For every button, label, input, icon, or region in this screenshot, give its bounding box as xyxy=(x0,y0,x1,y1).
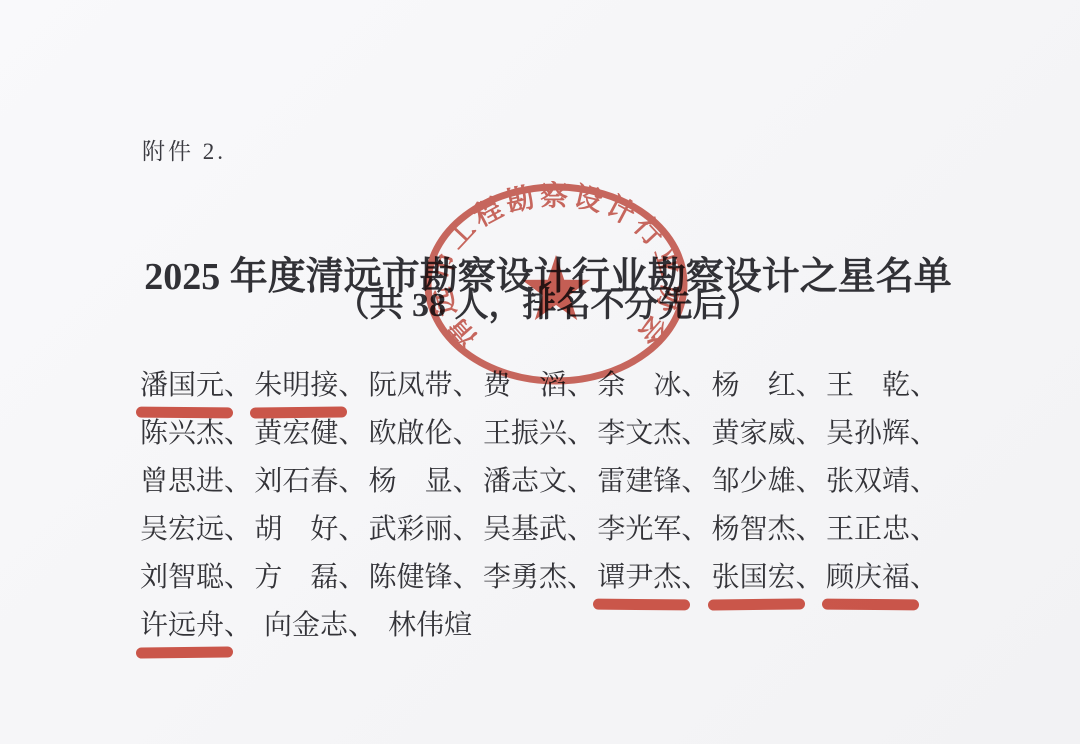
person-name: 邹少雄、 xyxy=(712,462,824,502)
person-name: 谭尹杰、 xyxy=(597,558,709,598)
person-name: 胡 好、 xyxy=(254,510,366,550)
person-name-text: 李勇杰 xyxy=(483,558,567,598)
name-separator: 、 xyxy=(224,466,252,497)
name-separator: 、 xyxy=(681,370,709,401)
person-name-text: 潘志文 xyxy=(483,462,567,502)
name-separator: 、 xyxy=(796,514,824,545)
person-name-text: 王 乾 xyxy=(826,366,910,406)
person-name: 陈健锋、 xyxy=(369,558,481,598)
name-separator: 、 xyxy=(681,466,709,497)
person-name: 林伟煊 xyxy=(388,606,472,646)
person-name: 吴基武、 xyxy=(483,510,595,550)
person-name-text: 王正忠 xyxy=(826,510,910,550)
person-name-text: 李光军 xyxy=(597,510,681,550)
person-name-text-underlined: 顾庆福 xyxy=(826,558,910,598)
person-name-text: 阮凤带 xyxy=(369,366,453,406)
person-name: 黄家威、 xyxy=(712,414,824,454)
person-name: 雷建锋、 xyxy=(597,462,709,502)
person-name: 杨智杰、 xyxy=(712,510,824,550)
person-name-text: 余 冰 xyxy=(597,366,681,406)
name-separator: 、 xyxy=(567,418,595,449)
person-name-text: 武彩丽 xyxy=(369,510,453,550)
scanned-document: 附件 2. 2025 年度清远市勘察设计行业勘察设计之星名单 （共 38 人，排… xyxy=(0,0,1080,744)
person-name: 许远舟、 xyxy=(140,606,252,646)
person-name: 王正忠、 xyxy=(826,510,938,550)
person-name: 杨 红、 xyxy=(712,366,824,406)
person-name: 朱明接、 xyxy=(254,366,366,406)
person-name: 李光军、 xyxy=(597,510,709,550)
name-separator: 、 xyxy=(338,562,366,593)
person-name: 吴宏远、 xyxy=(140,510,252,550)
name-separator: 、 xyxy=(348,610,376,641)
person-name: 阮凤带、 xyxy=(369,366,481,406)
name-list: 潘国元、朱明接、阮凤带、费 滔、余 冰、杨 红、王 乾、陈兴杰、黄宏健、欧啟伦、… xyxy=(140,366,938,654)
name-separator: 、 xyxy=(453,514,481,545)
name-separator: 、 xyxy=(453,418,481,449)
person-name-text-underlined: 朱明接 xyxy=(254,366,338,406)
person-name: 吴孙辉、 xyxy=(826,414,938,454)
person-name-text: 刘石春 xyxy=(254,462,338,502)
person-name-text: 王振兴 xyxy=(483,414,567,454)
person-name-text: 林伟煊 xyxy=(388,606,472,646)
name-separator: 、 xyxy=(224,610,252,641)
person-name-text: 杨 红 xyxy=(712,366,796,406)
name-separator: 、 xyxy=(453,466,481,497)
person-name-text: 向金志 xyxy=(264,606,348,646)
name-separator: 、 xyxy=(681,562,709,593)
name-separator: 、 xyxy=(224,562,252,593)
person-name: 刘石春、 xyxy=(254,462,366,502)
name-separator: 、 xyxy=(910,418,938,449)
name-row: 刘智聪、方 磊、陈健锋、李勇杰、谭尹杰、张国宏、顾庆福、 xyxy=(140,558,938,606)
person-name-text-underlined: 许远舟 xyxy=(140,606,224,646)
person-name: 王振兴、 xyxy=(483,414,595,454)
person-name-text: 吴基武 xyxy=(483,510,567,550)
person-name-text: 李文杰 xyxy=(597,414,681,454)
person-name: 张双靖、 xyxy=(826,462,938,502)
person-name: 潘志文、 xyxy=(483,462,595,502)
name-separator: 、 xyxy=(224,370,252,401)
person-name-text: 胡 好 xyxy=(254,510,338,550)
name-separator: 、 xyxy=(338,514,366,545)
person-name: 李文杰、 xyxy=(597,414,709,454)
person-name: 曾思进、 xyxy=(140,462,252,502)
name-row: 许远舟、向金志、林伟煊 xyxy=(140,606,938,654)
name-separator: 、 xyxy=(796,562,824,593)
person-name: 王 乾、 xyxy=(826,366,938,406)
name-separator: 、 xyxy=(338,370,366,401)
name-separator: 、 xyxy=(567,466,595,497)
name-separator: 、 xyxy=(224,514,252,545)
person-name-text: 陈兴杰 xyxy=(140,414,224,454)
person-name: 刘智聪、 xyxy=(140,558,252,598)
person-name-text: 黄家威 xyxy=(712,414,796,454)
person-name-text: 欧啟伦 xyxy=(369,414,453,454)
name-separator: 、 xyxy=(453,370,481,401)
name-row: 陈兴杰、黄宏健、欧啟伦、王振兴、李文杰、黄家威、吴孙辉、 xyxy=(140,414,938,462)
name-separator: 、 xyxy=(338,466,366,497)
person-name-text: 费 滔 xyxy=(483,366,567,406)
name-separator: 、 xyxy=(681,418,709,449)
person-name: 顾庆福、 xyxy=(826,558,938,598)
person-name: 陈兴杰、 xyxy=(140,414,252,454)
name-separator: 、 xyxy=(796,466,824,497)
person-name-text: 张双靖 xyxy=(826,462,910,502)
person-name-text-underlined: 张国宏 xyxy=(712,558,796,598)
name-separator: 、 xyxy=(910,514,938,545)
name-separator: 、 xyxy=(910,466,938,497)
name-row: 曾思进、刘石春、杨 显、潘志文、雷建锋、邹少雄、张双靖、 xyxy=(140,462,938,510)
person-name: 张国宏、 xyxy=(712,558,824,598)
name-separator: 、 xyxy=(796,418,824,449)
document-subtitle: （共 38 人，排名不分先后） xyxy=(128,277,968,326)
person-name: 费 滔、 xyxy=(483,366,595,406)
name-row: 吴宏远、胡 好、武彩丽、吴基武、李光军、杨智杰、王正忠、 xyxy=(140,510,938,558)
person-name: 武彩丽、 xyxy=(369,510,481,550)
person-name-text: 邹少雄 xyxy=(712,462,796,502)
name-separator: 、 xyxy=(681,514,709,545)
person-name-text: 杨 显 xyxy=(369,462,453,502)
name-separator: 、 xyxy=(910,370,938,401)
person-name: 黄宏健、 xyxy=(254,414,366,454)
person-name-text-underlined: 潘国元 xyxy=(140,366,224,406)
person-name-text: 杨智杰 xyxy=(712,510,796,550)
person-name-text: 方 磊 xyxy=(254,558,338,598)
name-separator: 、 xyxy=(453,562,481,593)
person-name-text: 吴孙辉 xyxy=(826,414,910,454)
person-name-text-underlined: 谭尹杰 xyxy=(597,558,681,598)
person-name-text: 黄宏健 xyxy=(254,414,338,454)
name-separator: 、 xyxy=(224,418,252,449)
person-name: 李勇杰、 xyxy=(483,558,595,598)
person-name: 杨 显、 xyxy=(369,462,481,502)
person-name: 方 磊、 xyxy=(254,558,366,598)
person-name-text: 吴宏远 xyxy=(140,510,224,550)
name-row: 潘国元、朱明接、阮凤带、费 滔、余 冰、杨 红、王 乾、 xyxy=(140,366,938,414)
name-separator: 、 xyxy=(338,418,366,449)
person-name-text: 曾思进 xyxy=(140,462,224,502)
person-name: 欧啟伦、 xyxy=(369,414,481,454)
name-separator: 、 xyxy=(567,562,595,593)
attachment-label: 附件 2. xyxy=(142,133,226,166)
person-name-text: 陈健锋 xyxy=(369,558,453,598)
person-name: 向金志、 xyxy=(264,606,376,646)
person-name: 潘国元、 xyxy=(140,366,252,406)
person-name-text: 刘智聪 xyxy=(140,558,224,598)
person-name: 余 冰、 xyxy=(597,366,709,406)
name-separator: 、 xyxy=(567,370,595,401)
name-separator: 、 xyxy=(910,562,938,593)
person-name-text: 雷建锋 xyxy=(597,462,681,502)
name-separator: 、 xyxy=(567,514,595,545)
name-separator: 、 xyxy=(796,370,824,401)
